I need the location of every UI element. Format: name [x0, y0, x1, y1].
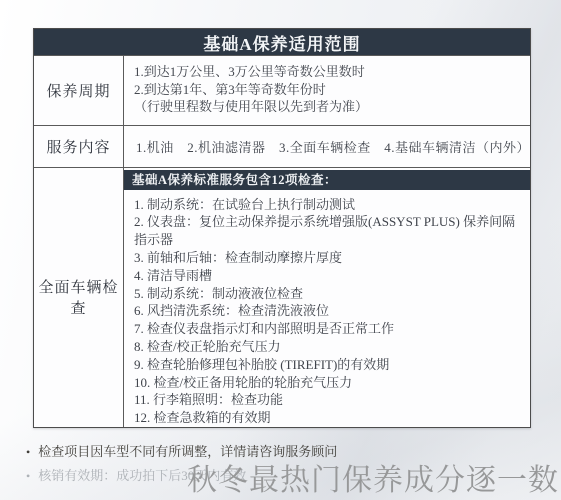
inspection-item: 2. 仪表盘：复位主动保养提示系统增强版(ASSYST PLUS) 保养间隔指示…: [134, 213, 526, 249]
bullet-icon: •: [26, 469, 30, 483]
inspection-subheader: 基础A保养标准服务包含12项检查：: [124, 170, 530, 190]
maintenance-table: 基础A保养适用范围 保养周期 1.到达1万公里、3万公里等奇数公里数时 2.到达…: [33, 28, 531, 428]
service-content-line: 1.机油 2.机油滤清器 3.全面车辆检查 4.基础车辆清洁（内外）: [124, 126, 530, 167]
inspection-item: 5. 制动系统：制动液液位检查: [134, 285, 526, 303]
inspection-list: 1. 制动系统：在试验台上执行制动测试 2. 仪表盘：复位主动保养提示系统增强版…: [124, 190, 530, 427]
cycle-line: 1.到达1万公里、3万公里等奇数公里数时: [134, 63, 524, 81]
inspection-item: 8. 检查/校正轮胎充气压力: [134, 338, 526, 356]
vehicle-inspection-content: 基础A保养标准服务包含12项检查： 1. 制动系统：在试验台上执行制动测试 2.…: [124, 168, 530, 427]
bullet-icon: •: [26, 445, 30, 459]
maintenance-info-image: 基础A保养适用范围 保养周期 1.到达1万公里、3万公里等奇数公里数时 2.到达…: [0, 0, 561, 500]
inspection-item: 10. 检查/校正备用轮胎的轮胎充气压力: [134, 374, 526, 392]
maintenance-cycle-content: 1.到达1万公里、3万公里等奇数公里数时 2.到达第1年、第3年等奇数年份时 （…: [124, 56, 530, 125]
row-label-vehicle-inspection: 全面车辆检查: [34, 168, 124, 427]
inspection-item: 12. 检查急救箱的有效期: [134, 409, 526, 427]
table-title: 基础A保养适用范围: [34, 29, 530, 55]
inspection-item: 7. 检查仪表盘指示灯和内部照明是否正常工作: [134, 320, 526, 338]
table-row-vehicle-inspection: 全面车辆检查 基础A保养标准服务包含12项检查： 1. 制动系统：在试验台上执行…: [34, 167, 530, 427]
row-label-service-content: 服务内容: [34, 126, 124, 167]
inspection-item: 6. 风挡清洗系统：检查清洗液液位: [134, 302, 526, 320]
table-row-service-content: 服务内容 1.机油 2.机油滤清器 3.全面车辆检查 4.基础车辆清洁（内外）: [34, 125, 530, 167]
table-row-maintenance-cycle: 保养周期 1.到达1万公里、3万公里等奇数公里数时 2.到达第1年、第3年等奇数…: [34, 55, 530, 125]
inspection-item: 1. 制动系统：在试验台上执行制动测试: [134, 196, 526, 214]
inspection-item: 9. 检查轮胎修理包补胎胶 (TIREFIT)的有效期: [134, 356, 526, 374]
inspection-item: 4. 清洁导雨槽: [134, 267, 526, 285]
cycle-line: 2.到达第1年、第3年等奇数年份时: [134, 81, 524, 99]
inspection-item: 11. 行李箱照明：检查功能: [134, 391, 526, 409]
row-label-maintenance-cycle: 保养周期: [34, 56, 124, 125]
inspection-item: 3. 前轴和后轴：检查制动摩擦片厚度: [134, 249, 526, 267]
watermark-caption: 秋冬最热门保养成分逐一数: [187, 455, 559, 499]
cycle-line: （行驶里程数与使用年限以先到者为准）: [134, 98, 524, 116]
